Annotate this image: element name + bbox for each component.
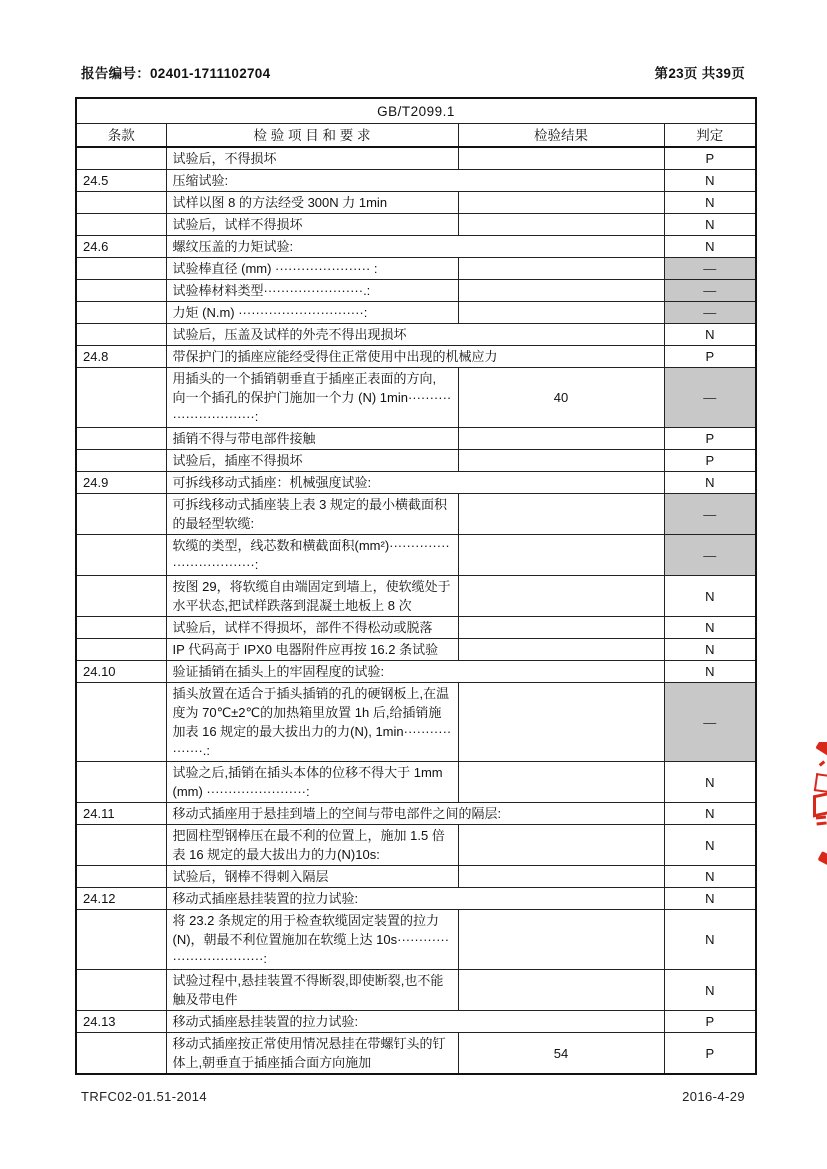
clause-cell [76,324,166,346]
item-cell: 将 23.2 条规定的用于检查软缆固定装置的拉力(N)，朝最不利位置施加在软缆上… [166,910,458,970]
clause-cell: 24.9 [76,472,166,494]
clause-cell [76,302,166,324]
item-cell: 试验棒材料类型·······················.: [166,280,458,302]
clause-cell [76,866,166,888]
result-cell [458,147,664,170]
verdict-cell: N [664,472,756,494]
result-cell [458,494,664,535]
verdict-cell: N [664,866,756,888]
clause-cell [76,428,166,450]
column-header-clause: 条款 [76,124,166,148]
verdict-cell: N [664,970,756,1011]
clause-cell [76,1033,166,1075]
clause-cell: 24.8 [76,346,166,368]
red-stamp-fragment [808,742,827,868]
table-row: 按图 29，将软缆自由端固定到墙上，使软缆处于水平状态,把试样跌落到混凝土地板上… [76,576,756,617]
verdict-cell: N [664,192,756,214]
item-cell: IP 代码高于 IPX0 电器附件应再按 16.2 条试验 [166,639,458,661]
red-ink-mark [813,793,827,818]
verdict-cell: N [664,825,756,866]
clause-cell [76,450,166,472]
table-row: 试验后，插座不得损坏P [76,450,756,472]
table-header-row: 条款 检 验 项 目 和 要 求 检验结果 判定 [76,124,756,148]
table-row: 试验后，试样不得损坏，部件不得松动或脱落N [76,617,756,639]
item-cell: 可拆线移动式插座：机械强度试验: [166,472,664,494]
table-row: 24.13移动式插座悬挂装置的拉力试验:P [76,1011,756,1033]
item-cell: 按图 29，将软缆自由端固定到墙上，使软缆处于水平状态,把试样跌落到混凝土地板上… [166,576,458,617]
report-page: 报告编号：02401-1711102704 第23页 共39页 GB/T2099… [0,0,827,1169]
table-row: 24.9可拆线移动式插座：机械强度试验:N [76,472,756,494]
verdict-cell: N [664,324,756,346]
clause-cell [76,825,166,866]
result-cell [458,258,664,280]
clause-cell [76,970,166,1011]
item-cell: 试验后，试样不得损坏，部件不得松动或脱落 [166,617,458,639]
red-ink-mark [815,742,827,756]
result-cell [458,617,664,639]
item-cell: 带保护门的插座应能经受得住正常使用中出现的机械应力 [166,346,664,368]
result-cell [458,866,664,888]
clause-cell [76,910,166,970]
page-header: 报告编号：02401-1711102704 第23页 共39页 [81,62,745,82]
verdict-cell: P [664,428,756,450]
verdict-cell: N [664,236,756,258]
table-row: 将 23.2 条规定的用于检查软缆固定装置的拉力(N)，朝最不利位置施加在软缆上… [76,910,756,970]
table-row: 试验之后,插销在插头本体的位移不得大于 1mm(mm) ············… [76,762,756,803]
clause-cell [76,617,166,639]
item-cell: 试验后，压盖及试样的外壳不得出现损坏 [166,324,664,346]
table-row: 可拆线移动式插座装上表 3 规定的最小横截面积的最轻型软缆:— [76,494,756,535]
result-cell [458,192,664,214]
clause-cell [76,683,166,762]
table-row: 插头放置在适合于插头插销的孔的硬钢板上,在温度为 70℃±2℃的加热箱里放置 1… [76,683,756,762]
item-cell: 软缆的类型，线芯数和横截面积(mm²)·····················… [166,535,458,576]
table-row: 用插头的一个插销朝垂直于插座正表面的方向, 向一个插孔的保护门施加一个力 (N)… [76,368,756,428]
table-row: 试验棒直径 (mm) ······················ :— [76,258,756,280]
item-cell: 试样以图 8 的方法经受 300N 力 1min [166,192,458,214]
clause-cell [76,576,166,617]
footer-date: 2016-4-29 [682,1089,745,1104]
verdict-cell: — [664,258,756,280]
clause-cell [76,147,166,170]
item-cell: 试验之后,插销在插头本体的位移不得大于 1mm(mm) ············… [166,762,458,803]
verdict-cell: N [664,910,756,970]
table-row: 力矩 (N.m) ·····························:— [76,302,756,324]
verdict-cell: — [664,368,756,428]
table-row: 24.10验证插销在插头上的牢固程度的试验:N [76,661,756,683]
table-row: 24.11移动式插座用于悬挂到墙上的空间与带电部件之间的隔层:N [76,803,756,825]
clause-cell [76,280,166,302]
result-cell [458,910,664,970]
item-cell: 移动式插座悬挂装置的拉力试验: [166,888,664,910]
table-row: 24.8带保护门的插座应能经受得住正常使用中出现的机械应力P [76,346,756,368]
result-cell [458,825,664,866]
table-row: 试验后，钢棒不得刺入隔层N [76,866,756,888]
clause-cell: 24.13 [76,1011,166,1033]
result-cell [458,683,664,762]
item-cell: 压缩试验: [166,170,664,192]
clause-cell [76,192,166,214]
item-cell: 插销不得与带电部件接触 [166,428,458,450]
red-ink-mark [819,760,826,766]
verdict-cell: N [664,617,756,639]
table-row: 24.5压缩试验:N [76,170,756,192]
result-cell: 54 [458,1033,664,1075]
verdict-cell: P [664,1033,756,1075]
table-row: 软缆的类型，线芯数和横截面积(mm²)·····················… [76,535,756,576]
table-row: 插销不得与带电部件接触P [76,428,756,450]
item-cell: 可拆线移动式插座装上表 3 规定的最小横截面积的最轻型软缆: [166,494,458,535]
result-cell [458,214,664,236]
table-row: 试验后，压盖及试样的外壳不得出现损坏N [76,324,756,346]
item-cell: 试验后，试样不得损坏 [166,214,458,236]
item-cell: 力矩 (N.m) ·····························: [166,302,458,324]
verdict-cell: — [664,494,756,535]
verdict-cell: N [664,803,756,825]
report-number: 报告编号：02401-1711102704 [81,62,270,82]
clause-cell: 24.11 [76,803,166,825]
table-row: 试验过程中,悬挂装置不得断裂,即使断裂,也不能触及带电件N [76,970,756,1011]
verdict-cell: P [664,346,756,368]
clause-cell: 24.5 [76,170,166,192]
item-cell: 试验棒直径 (mm) ······················ : [166,258,458,280]
verdict-cell: — [664,683,756,762]
table-row: 移动式插座按正常使用情况悬挂在带螺钉头的钉体上,朝垂直于插座插合面方向施加54P [76,1033,756,1075]
item-cell: 试验后，插座不得损坏 [166,450,458,472]
result-cell [458,639,664,661]
table-row: 试验后，试样不得损坏N [76,214,756,236]
table-row: 24.6螺纹压盖的力矩试验:N [76,236,756,258]
item-cell: 插头放置在适合于插头插销的孔的硬钢板上,在温度为 70℃±2℃的加热箱里放置 1… [166,683,458,762]
verdict-cell: — [664,535,756,576]
test-results-table: GB/T2099.1 条款 检 验 项 目 和 要 求 检验结果 判定 试验后，… [75,97,757,1075]
item-cell: 试验后，钢棒不得刺入隔层 [166,866,458,888]
result-cell [458,428,664,450]
verdict-cell: N [664,639,756,661]
verdict-cell: P [664,1011,756,1033]
table-row: 试验后，不得损坏P [76,147,756,170]
result-cell [458,762,664,803]
table-row: IP 代码高于 IPX0 电器附件应再按 16.2 条试验N [76,639,756,661]
item-cell: 移动式插座用于悬挂到墙上的空间与带电部件之间的隔层: [166,803,664,825]
table-row: 把圆柱型钢棒压在最不利的位置上，施加 1.5 倍表 16 规定的最大拔出力的力(… [76,825,756,866]
item-cell: 试验后，不得损坏 [166,147,458,170]
verdict-cell: N [664,214,756,236]
clause-cell: 24.6 [76,236,166,258]
result-cell [458,302,664,324]
result-cell [458,970,664,1011]
clause-cell [76,214,166,236]
clause-cell [76,368,166,428]
verdict-cell: N [664,762,756,803]
verdict-cell: N [664,888,756,910]
clause-cell [76,535,166,576]
result-cell: 40 [458,368,664,428]
clause-cell [76,258,166,280]
page-indicator: 第23页 共39页 [655,62,745,82]
table-row: 试验棒材料类型·······················.:— [76,280,756,302]
item-cell: 移动式插座按正常使用情况悬挂在带螺钉头的钉体上,朝垂直于插座插合面方向施加 [166,1033,458,1075]
verdict-cell: P [664,450,756,472]
clause-cell [76,639,166,661]
footer-doc-code: TRFC02-01.51-2014 [81,1089,207,1104]
result-cell [458,576,664,617]
page-footer: TRFC02-01.51-2014 2016-4-29 [81,1089,745,1104]
result-cell [458,450,664,472]
table-row: 试样以图 8 的方法经受 300N 力 1minN [76,192,756,214]
column-header-item: 检 验 项 目 和 要 求 [166,124,458,148]
verdict-cell: — [664,280,756,302]
verdict-cell: N [664,170,756,192]
clause-cell [76,762,166,803]
table-title-row: GB/T2099.1 [76,98,756,124]
column-header-verdict: 判定 [664,124,756,148]
item-cell: 螺纹压盖的力矩试验: [166,236,664,258]
red-ink-mark [814,773,827,793]
item-cell: 把圆柱型钢棒压在最不利的位置上，施加 1.5 倍表 16 规定的最大拔出力的力(… [166,825,458,866]
column-header-result: 检验结果 [458,124,664,148]
clause-cell: 24.12 [76,888,166,910]
clause-cell: 24.10 [76,661,166,683]
item-cell: 用插头的一个插销朝垂直于插座正表面的方向, 向一个插孔的保护门施加一个力 (N)… [166,368,458,428]
verdict-cell: N [664,661,756,683]
red-ink-mark [818,851,827,867]
verdict-cell: P [664,147,756,170]
item-cell: 试验过程中,悬挂装置不得断裂,即使断裂,也不能触及带电件 [166,970,458,1011]
red-ink-mark [816,815,826,819]
table-body: 试验后，不得损坏P24.5压缩试验:N试样以图 8 的方法经受 300N 力 1… [76,147,756,1074]
verdict-cell: — [664,302,756,324]
table-row: 24.12移动式插座悬挂装置的拉力试验:N [76,888,756,910]
verdict-cell: N [664,576,756,617]
result-cell [458,280,664,302]
table-title: GB/T2099.1 [76,98,756,124]
item-cell: 验证插销在插头上的牢固程度的试验: [166,661,664,683]
item-cell: 移动式插座悬挂装置的拉力试验: [166,1011,664,1033]
result-cell [458,535,664,576]
clause-cell [76,494,166,535]
